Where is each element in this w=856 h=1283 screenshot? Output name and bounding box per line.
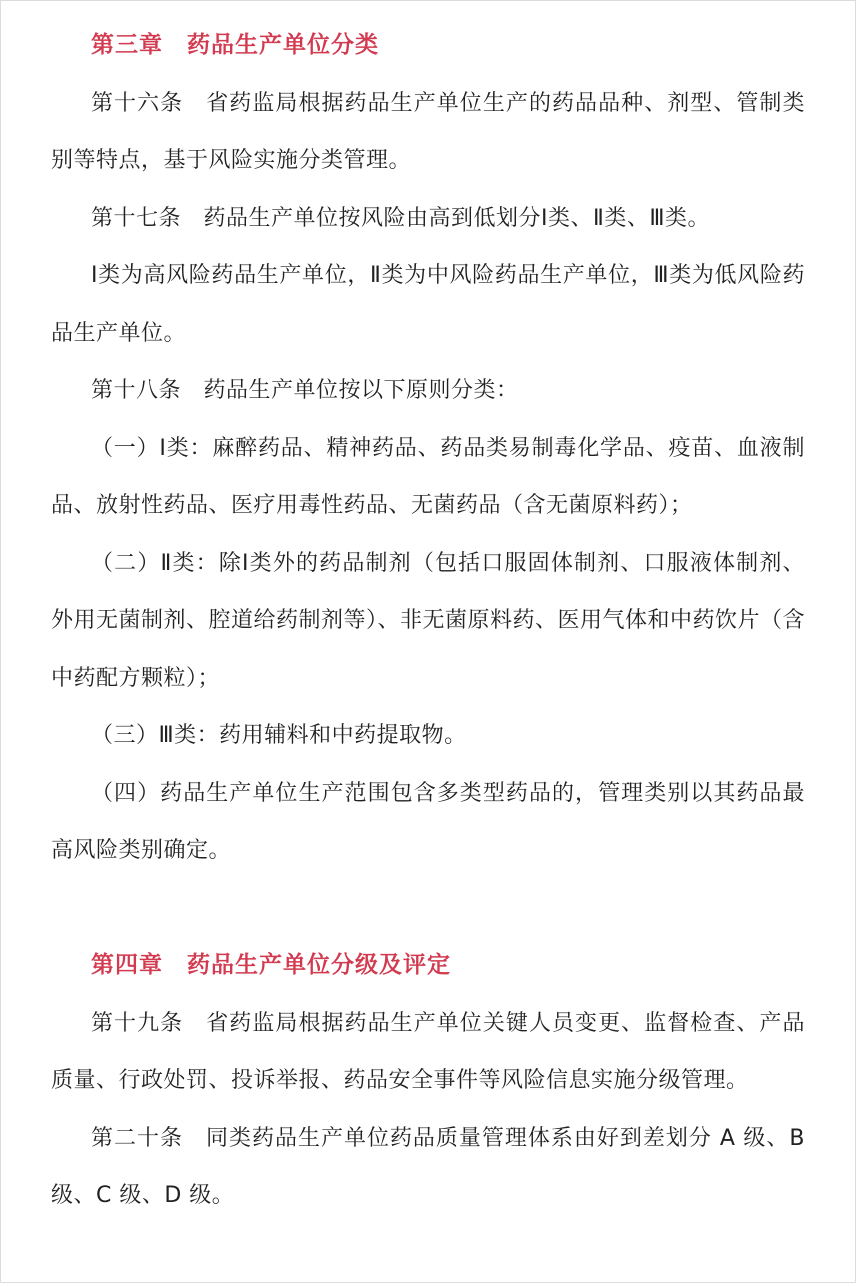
- document-page: 第三章 药品生产单位分类 第十六条 省药监局根据药品生产单位生产的药品品种、剂型…: [0, 0, 856, 1283]
- chapter-section-4: 第四章 药品生产单位分级及评定 第十九条 省药监局根据药品生产单位关键人员变更、…: [51, 937, 805, 1225]
- paragraph: （一）Ⅰ类：麻醉药品、精神药品、药品类易制毒化学品、疫苗、血液制品、放射性药品、…: [51, 420, 805, 535]
- paragraph: 第十七条 药品生产单位按风险由高到低划分Ⅰ类、Ⅱ类、Ⅲ类。: [51, 190, 805, 248]
- paragraph: （四）药品生产单位生产范围包含多类型药品的，管理类别以其药品最高风险类别确定。: [51, 765, 805, 880]
- paragraph: 第十九条 省药监局根据药品生产单位关键人员变更、监督检查、产品质量、行政处罚、投…: [51, 995, 805, 1110]
- paragraph: 第二十条 同类药品生产单位药品质量管理体系由好到差划分 A 级、B 级、C 级、…: [51, 1110, 805, 1225]
- paragraph: 第十八条 药品生产单位按以下原则分类：: [51, 362, 805, 420]
- paragraph: Ⅰ类为高风险药品生产单位，Ⅱ类为中风险药品生产单位，Ⅲ类为低风险药品生产单位。: [51, 247, 805, 362]
- paragraph: 第十六条 省药监局根据药品生产单位生产的药品品种、剂型、管制类别等特点，基于风险…: [51, 75, 805, 190]
- chapter-section-3: 第三章 药品生产单位分类 第十六条 省药监局根据药品生产单位生产的药品品种、剂型…: [51, 17, 805, 880]
- chapter-heading: 第四章 药品生产单位分级及评定: [51, 937, 805, 995]
- paragraph: （二）Ⅱ类：除Ⅰ类外的药品制剂（包括口服固体制剂、口服液体制剂、外用无菌制剂、腔…: [51, 535, 805, 708]
- chapter-heading: 第三章 药品生产单位分类: [51, 17, 805, 75]
- paragraph: （三）Ⅲ类：药用辅料和中药提取物。: [51, 707, 805, 765]
